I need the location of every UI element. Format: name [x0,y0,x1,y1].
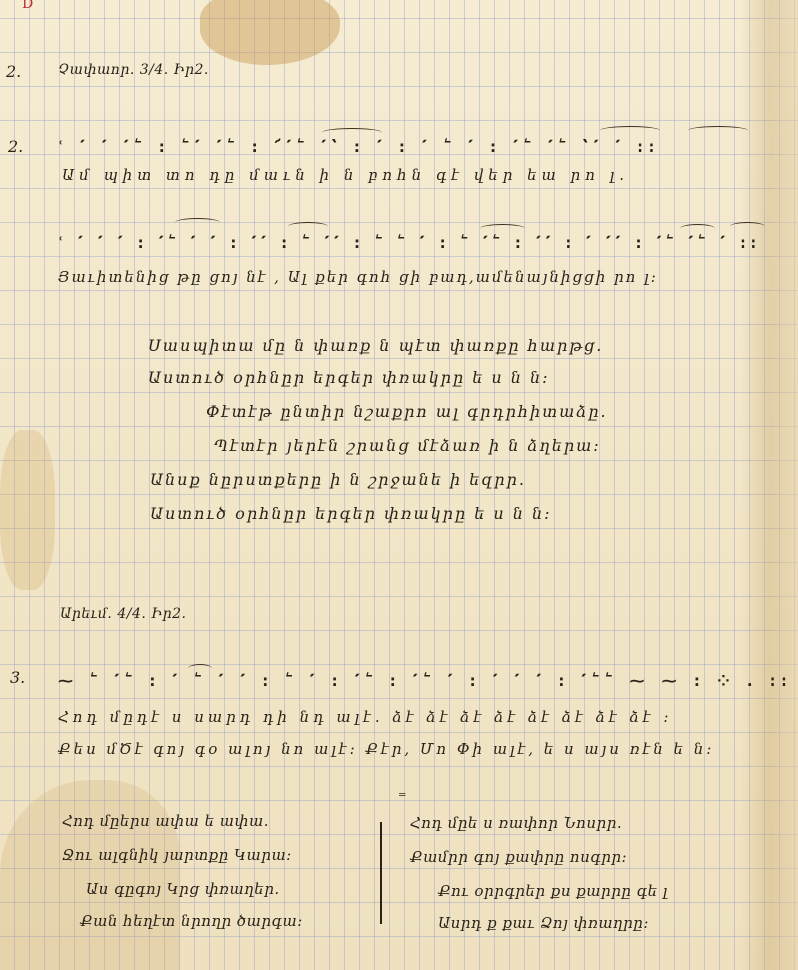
verse-line: Հոդ մըե ս ռափոր Նոսրր. [410,814,622,832]
verse-line: Աս գըգոյ Կրց փռաղեր. [86,880,280,898]
slur [480,224,525,233]
water-stain [0,780,180,970]
verse-line: Աստուծ օրհնըր երգեր փռակրը ե ս ն ն: [148,368,550,387]
verse-line: Քու օրրգրեր քս քարրը գե լ [438,882,668,900]
verse-line: Սասպիտա մը ն փառք ն պէտ փառքը հարթց. [148,336,603,355]
lyrics-line: Հոդ մըդէ ս սարդ դի նդ ալէ. ձէ ձէ ձէ ձէ ձ… [58,708,672,726]
verse-line: Աստուծ օրհնըր երգեր փռակրը ե ս ն ն: [150,504,552,523]
verse-line: Ասրդ ք քաւ Ձոյ փռաղրը: [438,914,649,932]
column-divider [380,822,382,924]
hymn-number: 3. [10,668,25,687]
verse-line: Պէտէր յերէն շրանց մէձառ ի ն ձղերա: [214,436,601,455]
slur [688,126,748,135]
neume-line: ⁓ ՟ ՛՟ : ՛ ՟ ՛ ՛ : ՟ ՛ : ՛՟ : ՛՟ ՛ : ՛ ՛… [58,672,793,690]
separator-mark: = [398,790,406,801]
verse-line: Հոդ մըերս ափա ե ափա. [62,812,269,830]
slur [175,218,220,227]
corner-mark: D [22,0,33,12]
slur [322,128,382,137]
hymn-number: 2. [8,137,23,156]
lyrics-line: Քես մԾէ գոյ գօ ալոյ նո ալէ: Քէր, Մո Փի ա… [58,740,714,758]
slur [730,222,765,231]
verse-line: Անսք նըրստքերը ի ն շրջանե ի եզրր. [150,470,526,489]
verse-line: Քան հեղէտ նրողր ծարգա: [80,912,303,930]
slur [680,224,715,233]
neume-line: ՙ ՛ ՛ ՛ : ՛՟ ՛ ՛ : ՛՛ : ՟ ՛՛ : ՟ ՟ ՛ : ՟… [58,234,761,252]
water-stain [0,430,55,590]
manuscript-page: D 2. Չափաոր. 3/4. Իր2. 2. ՙ ՛ ՛ ՛՟ : ՟՛ … [0,0,798,970]
verse-line: Քամրր գոյ քափրը ոսգրր: [410,848,627,866]
slur [600,126,660,135]
verse-line: Փէտէթ ընտիր նշաքրո ալ գրդրհիտաձը. [206,402,608,421]
water-stain [200,0,340,65]
section-heading: Չափաոր. 3/4. Իր2. [58,62,209,78]
lyrics-line: Ամ պիտ տո դը մաւն ի ն բոհն գէ վեր եա րո … [62,166,629,184]
verse-line: Ջու ալգնիկ յարտքը Կարա: [62,846,292,864]
slur [288,222,328,231]
neume-line: ՙ ՛ ՛ ՛՟ : ՟՛ ՛՟ : ՜՛՟ ՛՝ : ՛ : ՛ ՟ ՛ : … [58,138,660,156]
section-number: 2. [6,62,21,81]
section-heading: Արեւմ. 4/4. Իր2. [60,606,186,622]
lyrics-line: Յաւիտենից թը ցոյ նէ , Ալ քեր գոհ ցի բադ,… [58,268,658,286]
